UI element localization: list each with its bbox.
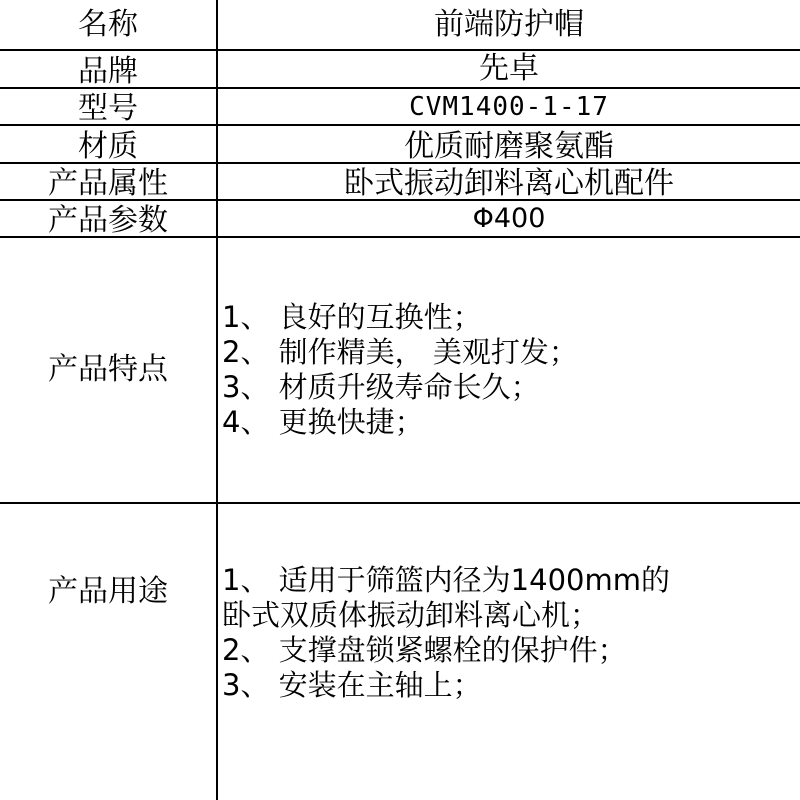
label-material: 材质 — [0, 126, 216, 162]
label-model: 型号 — [0, 89, 216, 124]
list-item: 卧式双质体振动卸料离心机； — [222, 598, 670, 633]
list-item: 3、 材质升级寿命长久； — [222, 370, 578, 405]
value-brand: 先卓 — [218, 51, 800, 87]
value-model: CVM1400-1-17 — [218, 89, 800, 124]
list-item: 1、 适用于筛篮内径为1400mm的 — [222, 563, 670, 598]
label-attribute: 产品属性 — [0, 164, 216, 199]
value-name: 前端防护帽 — [218, 0, 800, 49]
value-material: 优质耐磨聚氨酯 — [218, 126, 800, 162]
label-parameter: 产品参数 — [0, 201, 216, 236]
list-item: 1、 良好的互换性； — [222, 300, 578, 335]
list-item: 2、 支撑盘锁紧螺栓的保护件； — [222, 633, 670, 668]
list-item: 3、 安装在主轴上； — [222, 668, 670, 703]
label-name: 名称 — [0, 0, 216, 49]
usage-list: 1、 适用于筛篮内径为1400mm的 卧式双质体振动卸料离心机； 2、 支撑盘锁… — [222, 563, 670, 703]
list-item: 2、 制作精美， 美观打发； — [222, 335, 578, 370]
label-brand: 品牌 — [0, 51, 216, 87]
value-attribute: 卧式振动卸料离心机配件 — [218, 164, 800, 199]
list-item: 4、 更换快捷； — [222, 405, 578, 440]
label-usage: 产品用途 — [0, 404, 216, 780]
value-parameter: Φ400 — [218, 201, 800, 236]
features-list: 1、 良好的互换性； 2、 制作精美， 美观打发； 3、 材质升级寿命长久； 4… — [222, 300, 578, 440]
